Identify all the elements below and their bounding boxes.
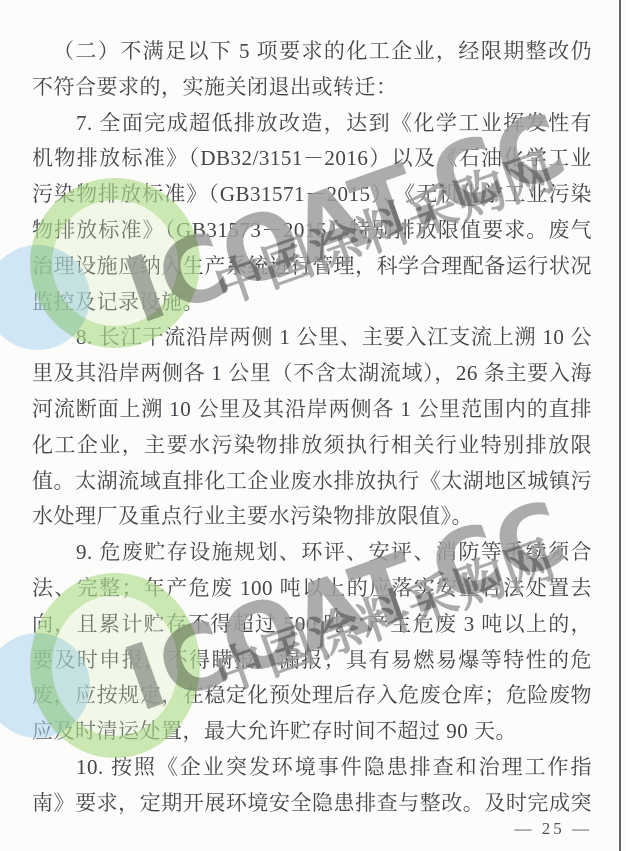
text-line: 7. 全面完成超低排放改造，达到《化学工业挥发性有 xyxy=(32,106,592,142)
text-line: 不符合要求的，实施关闭退出或转迁： xyxy=(32,70,592,106)
text-line: 10. 按照《企业突发环境事件隐患排查和治理工作指 xyxy=(32,750,592,786)
text-line: 要及时申报，不得瞒报、漏报；具有易燃易爆等特性的危 xyxy=(32,643,592,679)
text-line: 污染物排放标准》（GB31571－2015）、《无机化学工业污染 xyxy=(32,177,592,213)
text-line: 值。太湖流域直排化工企业废水排放执行《太湖地区城镇污 xyxy=(32,464,592,500)
text-line: 9. 危废贮存设施规划、环评、安评、消防等手续须合 xyxy=(32,535,592,571)
text-line: 治理设施应纳入生产系统进行管理，科学合理配备运行状况 xyxy=(32,249,592,285)
text-line: 监控及记录设施。 xyxy=(32,285,592,321)
text-line: 南》要求，定期开展环境安全隐患排查与整改。及时完成突 xyxy=(32,786,592,822)
text-line: 里及其沿岸两侧各 1 公里（不含太湖流域），26 条主要入海 xyxy=(32,356,592,392)
text-line: 物排放标准》（GB31573－2015）特别排放限值要求。废气 xyxy=(32,213,592,249)
scanned-document-page: （二）不满足以下 5 项要求的化工企业，经限期整改仍不符合要求的，实施关闭退出或… xyxy=(0,0,626,851)
text-line: 法、完整；年产危废 100 吨以上的应落实安全合法处置去 xyxy=(32,571,592,607)
text-line: （二）不满足以下 5 项要求的化工企业，经限期整改仍 xyxy=(32,34,592,70)
text-line: 河流断面上溯 10 公里及其沿岸两侧各 1 公里范围内的直排 xyxy=(32,392,592,428)
text-line: 向，且累计贮存不得超过 500 吨；产生危废 3 吨以上的，需 xyxy=(32,607,592,643)
text-line: 8. 长江干流沿岸两侧 1 公里、主要入江支流上溯 10 公 xyxy=(32,320,592,356)
scan-edge-line xyxy=(619,0,621,851)
text-line: 机物排放标准》（DB32/3151－2016）以及《石油化学工业 xyxy=(32,141,592,177)
text-line: 化工企业，主要水污染物排放须执行相关行业特别排放限 xyxy=(32,428,592,464)
text-line: 废，应按规定，在稳定化预处理后存入危废仓库；危险废物 xyxy=(32,678,592,714)
text-line: 应及时清运处置，最大允许贮存时间不超过 90 天。 xyxy=(32,714,592,750)
page-number: — 25 — xyxy=(515,819,593,839)
text-line: 水处理厂及重点行业主要水污染物排放限值》。 xyxy=(32,499,592,535)
document-body: （二）不满足以下 5 项要求的化工企业，经限期整改仍不符合要求的，实施关闭退出或… xyxy=(32,34,592,822)
